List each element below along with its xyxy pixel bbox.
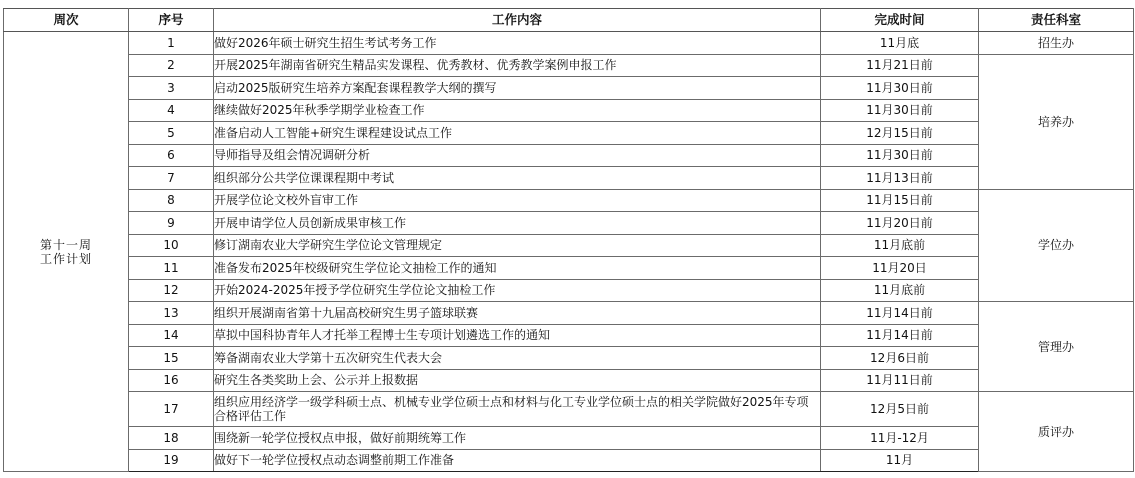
row-number: 10 <box>129 234 214 257</box>
task-content: 继续做好2025年秋季学期学业检查工作 <box>214 99 821 122</box>
due-date: 11月11日前 <box>821 369 979 392</box>
header-task: 工作内容 <box>214 9 821 32</box>
table-row: 15 筹备湖南农业大学第十五次研究生代表大会 12月6日前 <box>4 347 1134 370</box>
task-content: 开展2025年湖南省研究生精品实发课程、优秀教材、优秀教学案例申报工作 <box>214 54 821 77</box>
header-dept: 责任科室 <box>979 9 1134 32</box>
table-row: 4 继续做好2025年秋季学期学业检查工作 11月30日前 <box>4 99 1134 122</box>
due-date: 11月30日前 <box>821 77 979 100</box>
due-date: 11月 <box>821 449 979 472</box>
task-content: 准备发布2025年校级研究生学位论文抽检工作的通知 <box>214 257 821 280</box>
row-number: 3 <box>129 77 214 100</box>
row-number: 7 <box>129 167 214 190</box>
table-row: 17 组织应用经济学一级学科硕士点、机械专业学位硕士点和材料与化工专业学位硕士点… <box>4 392 1134 427</box>
task-content: 研究生各类奖助上会、公示并上报数据 <box>214 369 821 392</box>
week-title-line1: 第十一周 <box>4 238 128 252</box>
header-row: 周次 序号 工作内容 完成时间 责任科室 <box>4 9 1134 32</box>
row-number: 14 <box>129 324 214 347</box>
table-row: 6 导师指导及组会情况调研分析 11月30日前 <box>4 144 1134 167</box>
due-date: 11月-12月 <box>821 427 979 450</box>
due-date: 11月20日前 <box>821 212 979 235</box>
row-number: 5 <box>129 122 214 145</box>
table-row: 5 准备启动人工智能+研究生课程建设试点工作 12月15日前 <box>4 122 1134 145</box>
dept-zhaoshengban: 招生办 <box>979 32 1134 55</box>
table-row: 16 研究生各类奖助上会、公示并上报数据 11月11日前 <box>4 369 1134 392</box>
table-row: 3 启动2025版研究生培养方案配套课程教学大纲的撰写 11月30日前 <box>4 77 1134 100</box>
task-content: 准备启动人工智能+研究生课程建设试点工作 <box>214 122 821 145</box>
dept-xueweiban: 学位办 <box>979 189 1134 302</box>
table-row: 12 开始2024-2025年授予学位研究生学位论文抽检工作 11月底前 <box>4 279 1134 302</box>
due-date: 11月14日前 <box>821 324 979 347</box>
due-date: 11月底 <box>821 32 979 55</box>
due-date: 12月6日前 <box>821 347 979 370</box>
task-content: 草拟中国科协青年人才托举工程博士生专项计划遴选工作的通知 <box>214 324 821 347</box>
task-content: 筹备湖南农业大学第十五次研究生代表大会 <box>214 347 821 370</box>
work-plan-sheet: 周次 序号 工作内容 完成时间 责任科室 第十一周 工作计划 1 做好2026年… <box>3 8 1134 472</box>
row-number: 1 <box>129 32 214 55</box>
task-content: 开展申请学位人员创新成果审核工作 <box>214 212 821 235</box>
week-title-cell: 第十一周 工作计划 <box>4 32 129 472</box>
table-row: 19 做好下一轮学位授权点动态调整前期工作准备 11月 <box>4 449 1134 472</box>
due-date: 11月底前 <box>821 234 979 257</box>
task-content: 组织应用经济学一级学科硕士点、机械专业学位硕士点和材料与化工专业学位硕士点的相关… <box>214 392 821 427</box>
due-date: 11月20日 <box>821 257 979 280</box>
due-date: 11月底前 <box>821 279 979 302</box>
header-due: 完成时间 <box>821 9 979 32</box>
due-date: 12月5日前 <box>821 392 979 427</box>
row-number: 6 <box>129 144 214 167</box>
due-date: 12月15日前 <box>821 122 979 145</box>
table-row: 14 草拟中国科协青年人才托举工程博士生专项计划遴选工作的通知 11月14日前 <box>4 324 1134 347</box>
task-content: 开展学位论文校外盲审工作 <box>214 189 821 212</box>
task-content: 导师指导及组会情况调研分析 <box>214 144 821 167</box>
task-content: 组织部分公共学位课课程期中考试 <box>214 167 821 190</box>
due-date: 11月30日前 <box>821 144 979 167</box>
header-week: 周次 <box>4 9 129 32</box>
due-date: 11月15日前 <box>821 189 979 212</box>
table-row: 18 围绕新一轮学位授权点申报，做好前期统筹工作 11月-12月 <box>4 427 1134 450</box>
week-title-line2: 工作计划 <box>4 252 128 266</box>
row-number: 8 <box>129 189 214 212</box>
table-row: 8 开展学位论文校外盲审工作 11月15日前 学位办 <box>4 189 1134 212</box>
row-number: 13 <box>129 302 214 325</box>
row-number: 4 <box>129 99 214 122</box>
row-number: 18 <box>129 427 214 450</box>
due-date: 11月14日前 <box>821 302 979 325</box>
row-number: 2 <box>129 54 214 77</box>
table-row: 9 开展申请学位人员创新成果审核工作 11月20日前 <box>4 212 1134 235</box>
due-date: 11月13日前 <box>821 167 979 190</box>
table-row: 7 组织部分公共学位课课程期中考试 11月13日前 <box>4 167 1134 190</box>
table-row: 第十一周 工作计划 1 做好2026年硕士研究生招生考试考务工作 11月底 招生… <box>4 32 1134 55</box>
table-row: 11 准备发布2025年校级研究生学位论文抽检工作的通知 11月20日 <box>4 257 1134 280</box>
work-plan-table: 周次 序号 工作内容 完成时间 责任科室 第十一周 工作计划 1 做好2026年… <box>3 8 1134 472</box>
table-row: 13 组织开展湖南省第十九届高校研究生男子篮球联赛 11月14日前 管理办 <box>4 302 1134 325</box>
row-number: 17 <box>129 392 214 427</box>
row-number: 12 <box>129 279 214 302</box>
task-content: 围绕新一轮学位授权点申报，做好前期统筹工作 <box>214 427 821 450</box>
table-row: 10 修订湖南农业大学研究生学位论文管理规定 11月底前 <box>4 234 1134 257</box>
task-content: 启动2025版研究生培养方案配套课程教学大纲的撰写 <box>214 77 821 100</box>
row-number: 9 <box>129 212 214 235</box>
due-date: 11月30日前 <box>821 99 979 122</box>
task-content: 做好2026年硕士研究生招生考试考务工作 <box>214 32 821 55</box>
header-no: 序号 <box>129 9 214 32</box>
dept-guanliban: 管理办 <box>979 302 1134 392</box>
row-number: 15 <box>129 347 214 370</box>
dept-peiyangban: 培养办 <box>979 54 1134 189</box>
table-row: 2 开展2025年湖南省研究生精品实发课程、优秀教材、优秀教学案例申报工作 11… <box>4 54 1134 77</box>
row-number: 19 <box>129 449 214 472</box>
task-content: 组织开展湖南省第十九届高校研究生男子篮球联赛 <box>214 302 821 325</box>
row-number: 16 <box>129 369 214 392</box>
dept-zhipingban: 质评办 <box>979 392 1134 472</box>
due-date: 11月21日前 <box>821 54 979 77</box>
task-content: 开始2024-2025年授予学位研究生学位论文抽检工作 <box>214 279 821 302</box>
row-number: 11 <box>129 257 214 280</box>
task-content: 做好下一轮学位授权点动态调整前期工作准备 <box>214 449 821 472</box>
task-content: 修订湖南农业大学研究生学位论文管理规定 <box>214 234 821 257</box>
